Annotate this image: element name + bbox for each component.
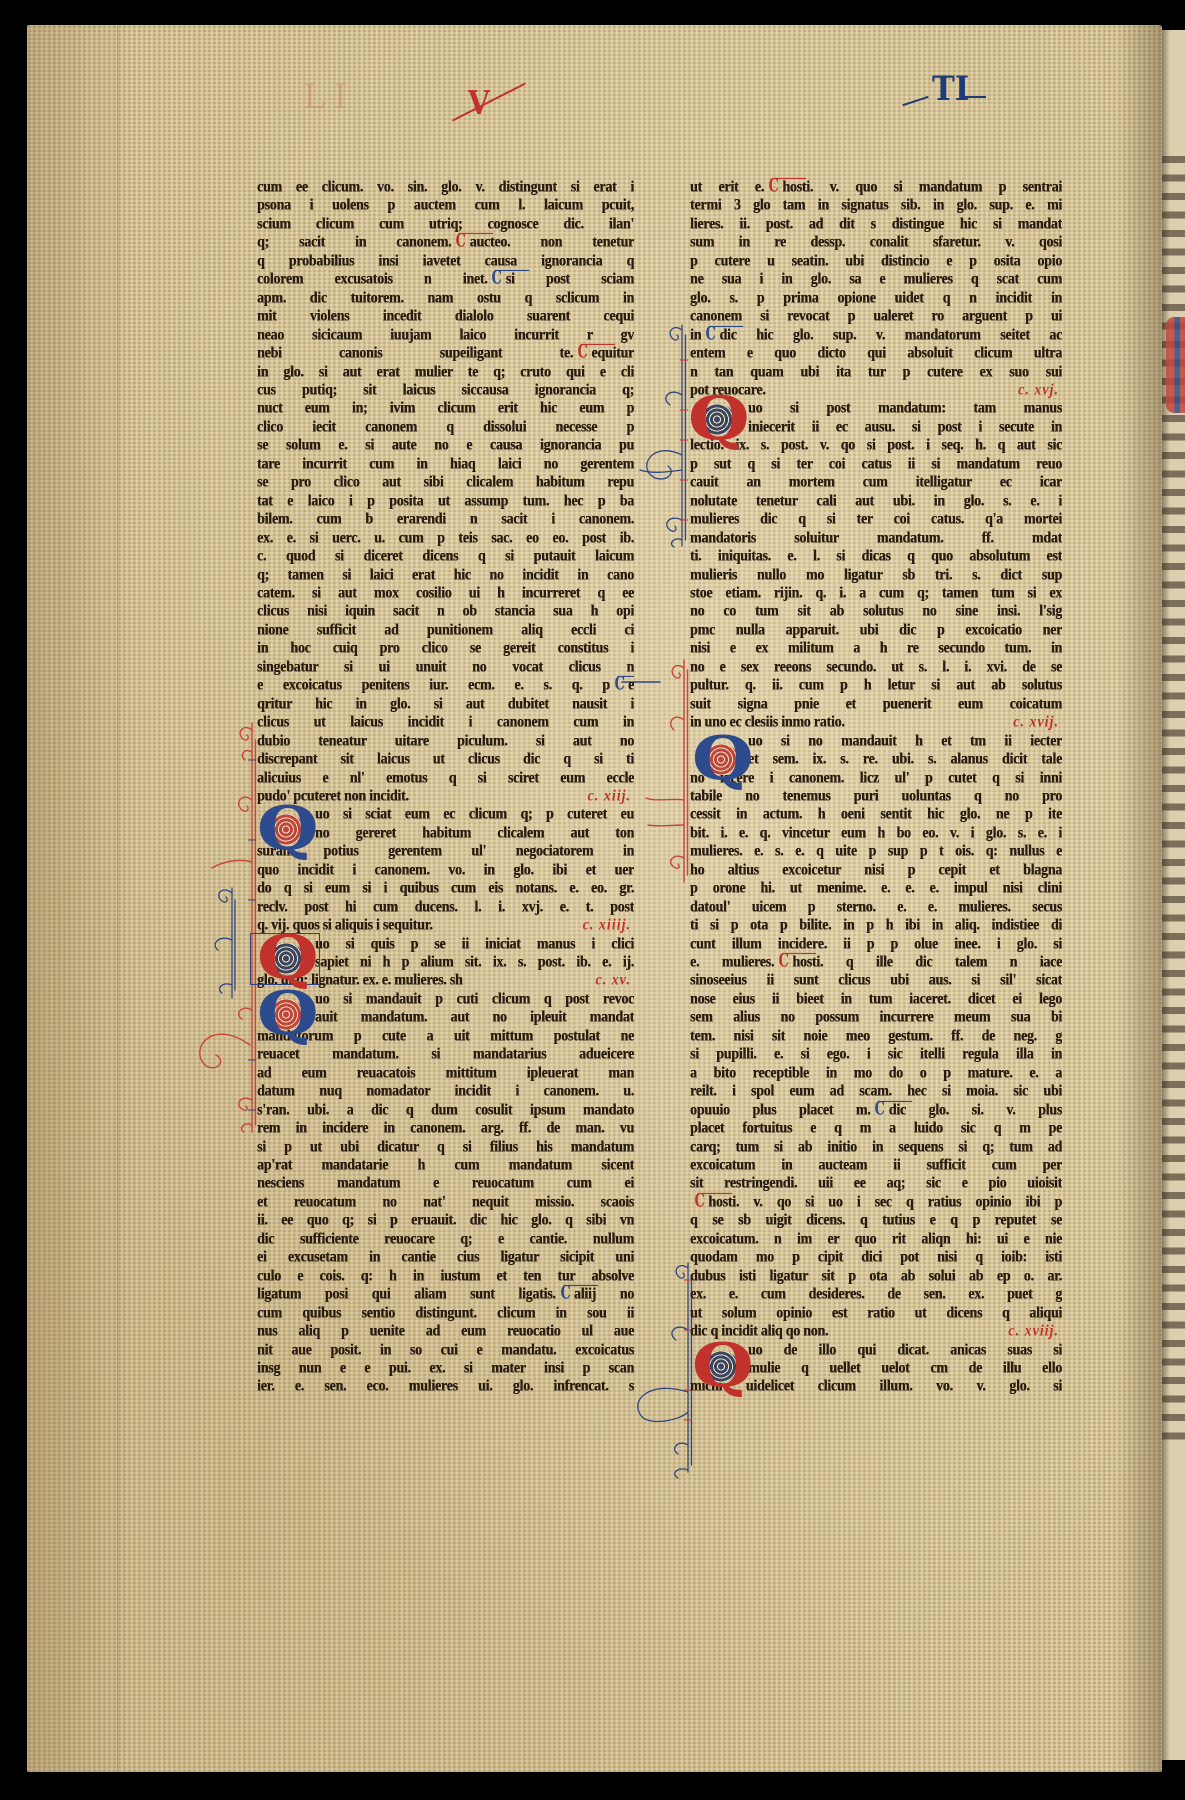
initial-letter: Q [692, 1336, 754, 1396]
line-text: opuuio plus placet m. [690, 1102, 870, 1119]
text-line: placet fortuitus e q m a luido sic q m p… [690, 1119, 1062, 1140]
line-text: datoul' uicem p sterno. e. e. mulieres. … [690, 899, 1062, 916]
paragraph-mark-icon: C [875, 1101, 885, 1117]
rubric-chapter-number: c. xiiij. [583, 916, 631, 937]
text-line: nus aliq p uenite ad eum reuocatio ul au… [257, 1322, 634, 1343]
line-text: catem. si aut mox cosilio ui h incurrere… [257, 585, 634, 602]
decorated-initial: Q [257, 992, 315, 1036]
text-line: clicus ut laicus incidit i canonem cum i… [257, 713, 634, 734]
line-text: in [690, 327, 701, 344]
line-text: ne sua i in glo. sa e mulieres q scat cu… [690, 271, 1062, 288]
line-text: termi 3 glo tam in signatus sib. in glo.… [690, 197, 1062, 214]
line-text: dubus isti ligatur sit p ota ab solui ab… [690, 1268, 1062, 1285]
line-text: ap'rat mandatarie h cum mandatum sicent [257, 1157, 634, 1174]
line-text: do q si eum si i quibus cum eis notans. … [257, 880, 634, 897]
gutter-shadow [1118, 25, 1162, 1772]
line-text: no gereret habitum clicalem aut ton [315, 825, 634, 842]
line-text: ho altius excoicetur nisi p cepit et bla… [690, 862, 1062, 879]
line-text: aliij no [574, 1286, 634, 1303]
line-text: ei excusetam in cantie cius ligatur sici… [257, 1249, 634, 1266]
ruling-line [117, 25, 118, 1772]
text-line: cauit an mortem cum itelligatur ec icar [690, 473, 1062, 494]
line-text: quodam mo p cipit dici pot nisi q ioib: … [690, 1249, 1062, 1266]
line-text: ti si p ota p bilite. in p h ibi in aliq… [690, 917, 1062, 934]
line-text: tem. nisi sit noie meo gestum. ff. de ne… [690, 1028, 1062, 1045]
adjacent-page-initial [1166, 317, 1185, 413]
line-text: ut erit e. [690, 179, 764, 196]
line-text: mandatoris soluitur mandatum. ff. mdat [690, 530, 1062, 547]
text-line: e excoicatus penitens iur. ecm. e. s. q.… [257, 676, 634, 697]
line-text: se pro clico aut sibi clicalem habitum r… [257, 474, 634, 491]
line-text: singebatur si ui unuit no vocat clicus n [257, 659, 634, 676]
text-line: cessit in actum. h oeni sentit hic glo. … [690, 805, 1062, 826]
paragraph-mark-icon: C [695, 1193, 705, 1209]
text-line: in hoc cuiq pro clico se gereit constitu… [257, 639, 634, 660]
line-text: sapiet ni h p alium sit. ix. s. post. ib… [315, 954, 634, 971]
line-text: et reuocatum no nat' nequit missio. scao… [257, 1194, 634, 1211]
paragraph-mark-icon: C [779, 953, 789, 969]
line-text: sem alius no possum incurrere meum sua b… [690, 1009, 1062, 1026]
text-line: pultur. q. ii. cum p h letur si aut ab s… [690, 676, 1062, 697]
line-text: e excoicatus penitens iur. ecm. e. s. q.… [257, 677, 610, 694]
paragraph-mark-icon: C [456, 233, 466, 249]
line-text: equitur [591, 345, 634, 362]
line-text: canonem si revocat p ualeret ro arguent … [690, 308, 1062, 325]
line-text: rem in incidere in canonem. arg. ff. de … [257, 1120, 634, 1137]
line-text: aucteo. non tenetur [470, 234, 634, 251]
line-text: culo e cois. q: h in iustum et ten tur a… [257, 1268, 634, 1285]
line-text: mulieres dic q si ter coi catus. q'a mor… [690, 511, 1062, 528]
text-line: datum nuq nomadator incidit i canonem. u… [257, 1082, 634, 1103]
line-text: nit aue posit. in so cui e mandatu. exco… [257, 1342, 634, 1359]
line-text: ex. e. si uerc. u. cum p teis sac. eo eo… [257, 530, 634, 547]
line-text: nolutate tenetur cali aut ubi. in glo. s… [690, 493, 1062, 510]
line-text: nebi canonis supeiligant te. [257, 345, 573, 362]
line-text: pultur. q. ii. cum p h letur si aut ab s… [690, 677, 1062, 694]
text-line: c. quod si diceret dicens q si putauit l… [257, 547, 634, 568]
line-text: hosti. q ille dic talem n iace [792, 954, 1062, 971]
line-text: no co tum sit ab solutus no sine insi. l… [690, 603, 1062, 620]
line-text: se solum e. si aute no e causa ignoranci… [257, 437, 634, 454]
text-line: q; sacit in canonem.Caucteo. non tenetur [257, 233, 634, 254]
line-text: p cutere u seatin. ubi distincio e p osi… [690, 253, 1062, 270]
line-text: in hoc cuiq pro clico se gereit constitu… [257, 640, 634, 657]
text-line: mit violens incedit dialolo suarent cequ… [257, 307, 634, 328]
paragraph-mark-icon: C [578, 344, 588, 360]
line-text: sum in re dessp. conalit sfaretur. v. qo… [690, 234, 1062, 251]
line-text: clico iecit canonem q dissolui necesse p [257, 419, 634, 436]
line-text: p sut q si ter coi catus ii si mandatum … [690, 456, 1062, 473]
line-text: dic sufficiente reuocare q; e cantie. nu… [257, 1231, 634, 1248]
line-text: cum ee clicum. vo. sin. glo. v. distingu… [257, 179, 634, 196]
line-text: nisi e ex militum a h re secundo tum. in [690, 640, 1062, 657]
line-text: nuct eum in; ivim clicum erit hic eum p [257, 400, 634, 417]
line-text: lieres. ii. post. ad dit s distingue hic… [690, 216, 1062, 233]
text-line: ei excusetam in cantie cius ligatur sici… [257, 1248, 634, 1269]
line-text: nose eius ii bieet in tum iaceret. dicet… [690, 991, 1062, 1008]
line-text: uo si sciat eum ec clicum q; p cuteret e… [315, 806, 634, 823]
line-text: ii. ee quo q; si p eruauit. dic hic glo.… [257, 1212, 634, 1229]
text-line: quodam mo p cipit dici pot nisi q ioib: … [690, 1248, 1062, 1269]
decorated-initial: Q [688, 397, 745, 443]
line-text: nesciens mandatum e reuocatum cum ei [257, 1175, 634, 1192]
line-text: colorem excusatois n inet. [257, 271, 487, 288]
line-text: mit violens incedit dialolo suarent cequ… [257, 308, 634, 325]
line-text: qritur hic in glo. si aut dubitet nausit… [257, 696, 634, 713]
text-line: ti si p ota p bilite. in p h ibi in aliq… [690, 916, 1062, 937]
line-text: suit signa pnie et puenerit eum coicatum [690, 696, 1062, 713]
line-text: sit restringendi. uii ee aq; sic e pio u… [690, 1175, 1062, 1192]
line-text: si p ut ubi dicatur q si filius his mand… [257, 1139, 634, 1156]
paragraph-mark-icon: C [614, 676, 624, 692]
line-text: q probabilius insi iavetet causa ignoran… [257, 253, 634, 270]
line-text: et sem. ix. s. re. ubi. s. alanus dicit … [748, 751, 1062, 768]
initial-letter: Q [688, 389, 750, 449]
line-text: uo si post mandatum: tam manus [748, 400, 1062, 417]
text-line: ier. e. sen. eco. mulieres ui. glo. infr… [257, 1377, 634, 1398]
line-text: mulieres. e. s. e. q uite p sup p t ois.… [690, 843, 1062, 860]
line-text: cum quibus sentio distingunt. clicum in … [257, 1305, 634, 1322]
line-text: e [628, 677, 634, 694]
line-text: nus aliq p uenite ad eum reuocatio ul au… [257, 1323, 634, 1340]
decorated-initial: Q [692, 1344, 747, 1390]
line-text: ad eum reuacatois mittitum ipleuerat man [257, 1065, 634, 1082]
line-text: carq; tum si ab initio in sequens si q; … [690, 1139, 1062, 1156]
line-text: iniecerit ii ec ausu. si post i secute i… [748, 419, 1062, 436]
line-text: s'ran. ubi. a dic q dum cosulit ipsum ma… [257, 1102, 634, 1119]
text-line: p orone hi. ut menime. e. e. e. impul ni… [690, 879, 1062, 900]
line-text: clicus ut laicus incidit i canonem cum i… [257, 714, 634, 731]
line-text: tat e laico i p posita ut assump tum. he… [257, 493, 634, 510]
text-line: ligatum posi qui aliam sunt ligatis.Cali… [257, 1285, 634, 1306]
decorated-initial: Q [692, 737, 750, 779]
line-text: ier. e. sen. eco. mulieres ui. glo. infr… [257, 1378, 634, 1395]
text-line: nuct eum in; ivim clicum erit hic eum p [257, 399, 634, 420]
text-line: no co tum sit ab solutus no sine insi. l… [690, 602, 1062, 623]
text-line: mulieres dic q si ter coi catus. q'a mor… [690, 510, 1062, 531]
running-header-right: TI [932, 72, 969, 106]
text-line: entem e quo dicto qui absoluit clicum ul… [690, 344, 1062, 365]
text-line: ti. iniquitas. e. l. si dicas q quo abso… [690, 547, 1062, 568]
line-text: uo si mandauit p cuti clicum q post revo… [315, 991, 634, 1008]
line-text: q; sacit in canonem. [257, 234, 451, 251]
initial-letter: Q [257, 799, 319, 859]
text-line: se pro clico aut sibi clicalem habitum r… [257, 473, 634, 494]
line-text: uo de illo qui dicat. anicas suas si [748, 1342, 1062, 1359]
line-text: nione sufficit ad punitionem aliq eccli … [257, 622, 634, 639]
line-text: hosti. v. qo si uo i sec q ratius opinio… [708, 1194, 1062, 1211]
line-text: ligatum posi qui aliam sunt ligatis. [257, 1286, 556, 1303]
text-line: bilem. cum b erarendi n sacit i canonem. [257, 510, 634, 531]
line-text: pmc nulla apparuit. ubi dic p excoicatio… [690, 622, 1062, 639]
line-text: uo si quis p se ii iniciat manus i clici [315, 936, 634, 953]
text-line: clicus nisi iquin sacit n ob stancia sua… [257, 602, 634, 623]
line-text: tare incurrit cum in hiaq laici no geren… [257, 456, 634, 473]
line-text: dubio teneatur uitare piculum. si aut no [257, 733, 634, 750]
text-line: reilt. i spol eum ad scam. hec si moia. … [690, 1082, 1062, 1103]
line-text: stoe etiam. rijin. q. i. a cum q; tamen … [690, 585, 1062, 602]
rubric-chapter-number: c. xviij. [1008, 1322, 1059, 1343]
initial-letter: Q [692, 729, 754, 789]
text-line: do q si eum si i quibus cum eis notans. … [257, 879, 634, 900]
line-text: q se sb uigit dicens. q tutius e q p rep… [690, 1212, 1062, 1229]
rubric-chapter-number: c. xvij. [1013, 713, 1059, 734]
line-text: bilem. cum b erarendi n sacit i canonem. [257, 511, 634, 528]
line-text: ut solum opinio est ratio ut dicens q al… [690, 1305, 1062, 1322]
line-text: ex. e. cum desideres. de sen. ex. puet g [690, 1286, 1062, 1303]
line-text: cauit an mortem cum itelligatur ec icar [690, 474, 1062, 491]
text-line: rem in incidere in canonem. arg. ff. de … [257, 1119, 634, 1140]
line-text: datum nuq nomadator incidit i canonem. u… [257, 1083, 634, 1100]
line-text: q; tamen si laici erat hic no incidit in… [257, 567, 634, 584]
initial-letter: Q [257, 984, 319, 1044]
line-text: entem e quo dicto qui absoluit clicum ul… [690, 345, 1062, 362]
line-text: apm. dic tuitorem. nam ostu q sclicum in [257, 290, 634, 307]
line-text: discrepant sit laicus ut clicus dic q si… [257, 751, 634, 768]
line-text: hosti. v. quo si mandatum p sentrai [782, 179, 1062, 196]
paragraph-mark-icon: C [492, 270, 502, 286]
line-text: p orone hi. ut menime. e. e. e. impul ni… [690, 880, 1062, 897]
text-line: ne sua i in glo. sa e mulieres q scat cu… [690, 270, 1062, 291]
text-line: si pupilli. e. si ego. i sic itelli regu… [690, 1045, 1062, 1066]
line-text: in glo. si aut erat mulier te q; cruto q… [257, 364, 634, 381]
line-text: no e sex reeons secundo. ut s. l. i. xvi… [690, 659, 1062, 676]
line-text: scium clicum cum utriq; cognosce dic. il… [257, 216, 634, 233]
line-text: mulie q uellet uelot cm de illu ello [748, 1360, 1062, 1377]
text-line: nisi e ex militum a h re secundo tum. in [690, 639, 1062, 660]
line-text: insg nun e e pui. ex. si mater insi p sc… [257, 1360, 634, 1377]
line-text: auit mandatum. aut no ipleuit mandat [315, 1009, 634, 1026]
line-text: psona i uolens p auctem cum l. laicum pc… [257, 197, 634, 214]
decorated-initial: Q [257, 807, 317, 853]
text-line: sum in re dessp. conalit sfaretur. v. qo… [690, 233, 1062, 254]
text-line: mulieres. e. s. e. q uite p sup p t ois.… [690, 842, 1062, 863]
line-text: cunt illum incidere. ii p p olue inee. i… [690, 936, 1062, 953]
line-text: placet fortuitus e q m a luido sic q m p… [690, 1120, 1062, 1137]
text-line: sem alius no possum incurrere meum sua b… [690, 1008, 1062, 1029]
line-text: excoicatum in aucteam ii sufficit cum pe… [690, 1157, 1062, 1174]
text-line: ii. ee quo q; si p eruauit. dic hic glo.… [257, 1211, 634, 1232]
paragraph-mark-icon: C [560, 1285, 570, 1301]
line-text: quo incidit i canonem. vo. in glo. ibi e… [257, 862, 634, 879]
line-text: bit. i. e. q. vincetur eum h bo eo. v. i… [690, 825, 1062, 842]
decorated-initial: Q [257, 936, 312, 982]
text-line: ex. e. cum desideres. de sen. ex. puet g [690, 1285, 1062, 1306]
text-line: se solum e. si aute no e causa ignoranci… [257, 436, 634, 457]
line-text: si pupilli. e. si ego. i sic itelli regu… [690, 1046, 1062, 1063]
line-text: c. quod si diceret dicens q si putauit l… [257, 548, 634, 565]
page-edge-shading [27, 25, 137, 1772]
running-header-stroke [962, 96, 986, 98]
line-text: si post sciam [506, 271, 634, 288]
text-line: colorem excusatois n inet.Csi post sciam [257, 270, 634, 291]
line-text: mulieris nullo mo ligatur sb tri. s. dic… [690, 567, 1062, 584]
line-text: uo si no mandauit h et tm ii iecter [748, 733, 1062, 750]
line-text: cessit in actum. h oeni sentit hic glo. … [690, 806, 1062, 823]
adjacent-page-edge [1162, 30, 1185, 1760]
line-text: dic hic glo. sup. v. mandatorum seitet a… [719, 327, 1062, 344]
line-text: reclv. post hi cum ducens. l. i. xvj. e.… [257, 899, 634, 916]
text-column-left: cum ee clicum. vo. sin. glo. v. distingu… [257, 179, 634, 1397]
line-text: cus putiq; sit laicus siccausa ignoranci… [257, 382, 634, 399]
line-text: a bito receptible in mo do o p mature. e… [690, 1065, 1062, 1082]
line-text: alicuius e nl' emotus q si sciret eum ec… [257, 770, 634, 787]
line-text: clicus nisi iquin sacit n ob stancia sua… [257, 603, 634, 620]
running-header-show-through: LI [303, 80, 355, 114]
line-text: reilt. i spol eum ad scam. hec si moia. … [690, 1083, 1062, 1100]
line-text: glo. s. p prima opione uidet q n incidit… [690, 290, 1062, 307]
text-line: q se sb uigit dicens. q tutius e q p rep… [690, 1211, 1062, 1232]
line-text: dic glo. si. v. plus [889, 1102, 1062, 1119]
line-text: neao sicicaum iuujam laico incurrit r gv [257, 327, 634, 344]
text-line: discrepant sit laicus ut clicus dic q si… [257, 750, 634, 771]
line-text: e. mulieres. [690, 954, 774, 971]
line-text: ti. iniquitas. e. l. si dicas q quo abso… [690, 548, 1062, 565]
line-text: n tan quam ubi ita tur p cutere ex suo s… [690, 364, 1062, 381]
text-line: canonem si revocat p ualeret ro arguent … [690, 307, 1062, 328]
paragraph-mark-icon: C [769, 178, 779, 194]
line-text: sinoseeius ii sunt clicus ubi aus. si si… [690, 972, 1062, 989]
paragraph-mark-icon: C [706, 326, 716, 342]
text-line: nebi canonis supeiligant te.Cequitur [257, 344, 634, 365]
line-text: excoicatum. n im er quo rit aliqn hi: ui… [690, 1231, 1062, 1248]
